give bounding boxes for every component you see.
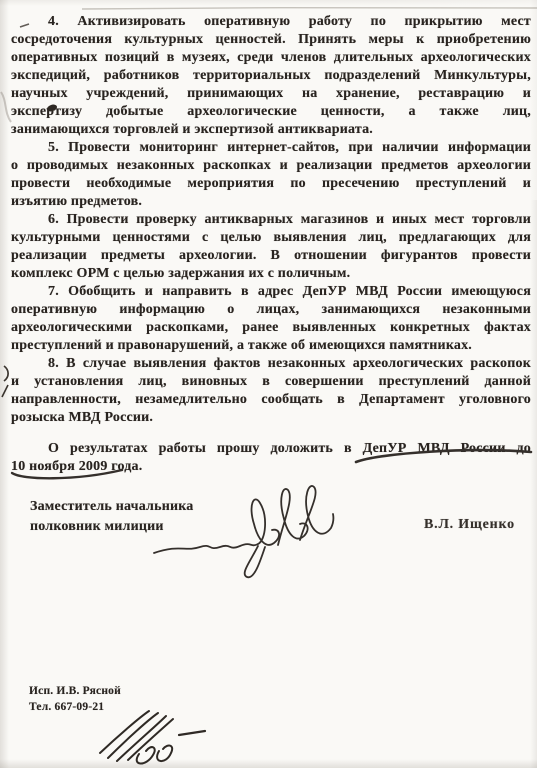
paragraph-item-5: 5. Провести мониторинг интернет-сайтов, … — [11, 139, 531, 211]
signoff-position-block: Заместитель начальника полковник милиции — [30, 497, 194, 537]
signoff-position-line1: Заместитель начальника — [30, 497, 194, 517]
text-line: 10 ноября 2009 года. — [11, 458, 531, 476]
text-line: изъятию предметов. — [11, 193, 531, 211]
text-line: 6. Провести проверку антикварных магазин… — [11, 211, 531, 229]
text-line: археологическими раскопками, ранее выявл… — [11, 319, 531, 337]
text-line: преступлений и правонарушений, а также о… — [11, 337, 531, 355]
text-line: о проводимых незаконных раскопках и реал… — [11, 157, 531, 175]
executor-scribble — [100, 711, 173, 764]
paragraph-item-4: 4. Активизировать оперативную работу по … — [11, 13, 531, 139]
executor-block: Исп. И.В. Рясной Тел. 667-09-21 — [29, 684, 121, 715]
paragraph-item-7: 7. Обобщить и направить в адрес ДепУР МВ… — [11, 283, 531, 355]
paragraph-closing: О результатах работы прошу доложить в Де… — [11, 440, 531, 476]
text-line: розыска МВД России. — [11, 409, 531, 427]
text-line: 8. В случае выявления фактов незаконных … — [11, 355, 531, 373]
margin-slash — [2, 385, 8, 397]
text-line: экспедиций, работников территориальных п… — [11, 67, 531, 85]
text-line: культурными ценностями с целью выявления… — [11, 229, 531, 247]
text-line: направленности, незамедлительно сообщать… — [11, 391, 531, 409]
text-line: провести необходимые мероприятия по прес… — [11, 175, 531, 193]
text-line: научных учреждений, принимающих на хране… — [11, 85, 531, 103]
document-body: 4. Активизировать оперативную работу по … — [11, 13, 531, 476]
text-line: реализации предметы археологии. В отноше… — [11, 247, 531, 265]
executor-name: Исп. И.В. Рясной — [29, 684, 121, 700]
paragraph-item-8: 8. В случае выявления фактов незаконных … — [11, 355, 531, 427]
text-line: 7. Обобщить и направить в адрес ДепУР МВ… — [11, 283, 531, 301]
paper-fold-line — [82, 7, 537, 9]
signer-name: В.Л. Ищенко — [424, 517, 515, 533]
text-line: сосредоточения культурных ценностей. При… — [11, 31, 531, 49]
text-line: О результатах работы прошу доложить в Де… — [11, 440, 531, 458]
text-line: 5. Провести мониторинг интернет-сайтов, … — [11, 139, 531, 157]
dash-mark — [179, 731, 205, 735]
margin-bracket — [4, 366, 8, 381]
text-line: 4. Активизировать оперативную работу по … — [11, 13, 531, 31]
executor-phone: Тел. 667-09-21 — [29, 700, 121, 716]
text-line: комплекс ОРМ с целью задержания их с пол… — [11, 265, 531, 283]
text-line: и установления лиц, виновных в совершени… — [11, 373, 531, 391]
text-line: экспертизу добытые археологические ценно… — [11, 103, 531, 121]
text-line: оперативных позиций в музеях, среди член… — [11, 49, 531, 67]
paragraph-item-6: 6. Провести проверку антикварных магазин… — [11, 211, 531, 283]
signoff-position-line2: полковник милиции — [30, 517, 194, 537]
text-line: оперативную информацию о лицах, занимающ… — [11, 301, 531, 319]
crease-mark — [1, 92, 11, 122]
text-line: занимающихся торговлей и экспертизой ант… — [11, 121, 531, 139]
scanned-page: 4. Активизировать оперативную работу по … — [0, 0, 537, 768]
